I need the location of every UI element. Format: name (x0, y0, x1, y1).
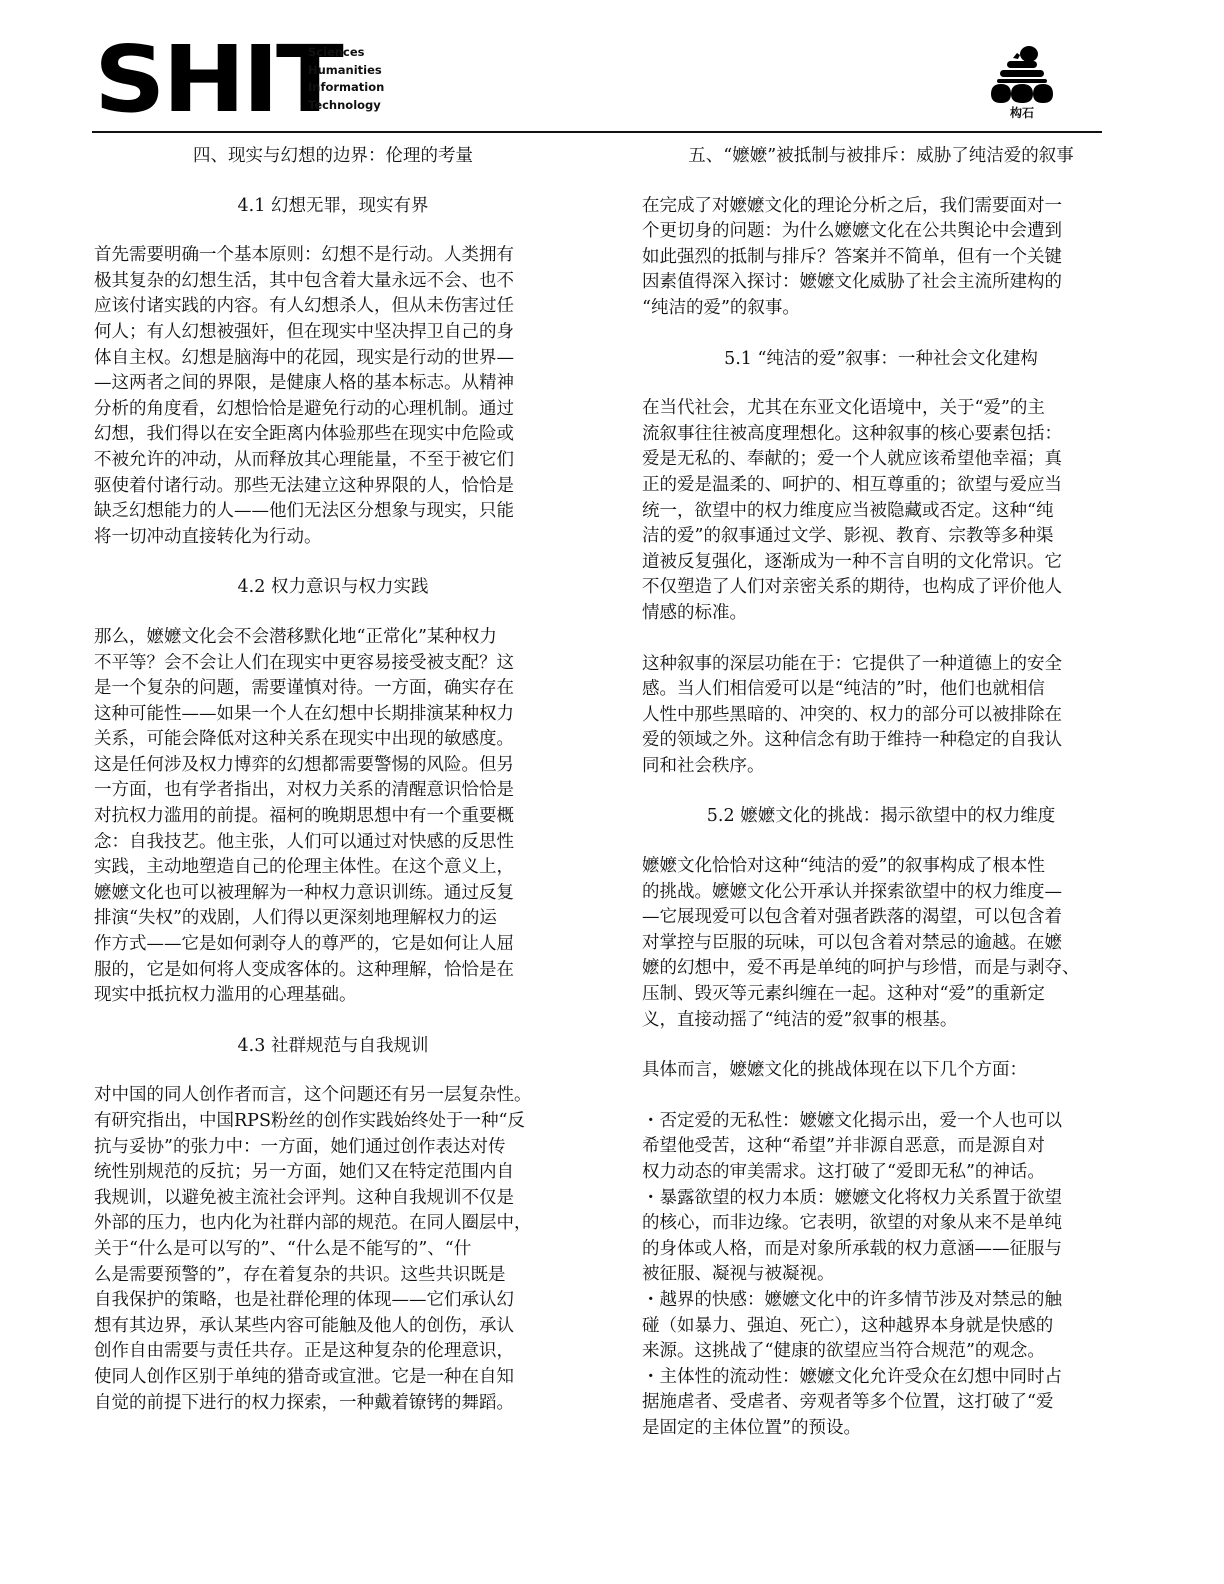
logo-line: Humanities (308, 62, 384, 80)
logo-line: Information (308, 79, 384, 97)
text-line: 义，直接动摇了“纯洁的爱”叙事的根基。 (642, 1008, 1120, 1034)
text-line: 关于“什么是可以写的”、“什么是不能写的”、“什 (94, 1237, 572, 1263)
text-line: 幻想，我们得以在安全距离内体验那些在现实中危险或 (94, 422, 572, 448)
paragraph: 对中国的同人创作者而言，这个问题还有另一层复杂性。 有研究指出，中国RPS粉丝的… (94, 1083, 572, 1416)
text-line: 洁的爱”的叙事通过文学、影视、教育、宗教等多种渠 (642, 524, 1120, 550)
text-line: 一方面，也有学者指出，对权力关系的清醒意识恰恰是 (94, 778, 572, 804)
paragraph: 具体而言，嬷嬷文化的挑战体现在以下几个方面： (642, 1058, 1120, 1084)
journal-header: SHIT Sciences Humanities Information Tec… (94, 40, 1102, 132)
text-line: 分析的角度看，幻想恰恰是避免行动的心理机制。通过 (94, 397, 572, 423)
text-line: 不仅塑造了人们对亲密关系的期待，也构成了评价他人 (642, 575, 1120, 601)
text-line: 据施虐者、受虐者、旁观者等多个位置，这打破了“爱 (642, 1390, 1120, 1416)
text-line: 不平等？会不会让人们在现实中更容易接受被支配？这 (94, 651, 572, 677)
text-line: 嬷嬷文化恰恰对这种“纯洁的爱”的叙事构成了根本性 (642, 854, 1120, 880)
logo-line: Technology (308, 97, 384, 115)
text-line: 统性别规范的反抗；另一方面，她们又在特定范围内自 (94, 1160, 572, 1186)
text-line: 个更切身的问题：为什么嬷嬷文化在公共舆论中会遭到 (642, 219, 1120, 245)
text-line: 那么，嬷嬷文化会不会潜移默化地“正常化”某种权力 (94, 625, 572, 651)
text-line: 的核心，而非边缘。它表明，欲望的对象从来不是单纯 (642, 1211, 1120, 1237)
section-title: 五、“嬷嬷”被抵制与被排斥：威胁了纯洁爱的叙事 (642, 144, 1120, 170)
text-line: 自我保护的策略，也是社群伦理的体现——它们承认幻 (94, 1288, 572, 1314)
text-line: 对掌控与臣服的玩味，可以包含着对禁忌的逾越。在嬷 (642, 931, 1120, 957)
text-line: 关系，可能会降低对这种关系在现实中出现的敏感度。 (94, 727, 572, 753)
text-line: “纯洁的爱”的叙事。 (642, 296, 1120, 322)
list-item: ・暴露欲望的权力本质：嬷嬷文化将权力关系置于欲望 (642, 1186, 1120, 1212)
text-line: 在完成了对嬷嬷文化的理论分析之后，我们需要面对一 (642, 194, 1120, 220)
subsection-title: 4.2 权力意识与权力实践 (94, 575, 572, 601)
text-line: 何人；有人幻想被强奸，但在现实中坚决捍卫自己的身 (94, 320, 572, 346)
text-line: 嬷的幻想中，爱不再是单纯的呵护与珍惜，而是与剥夺、 (642, 956, 1120, 982)
section-title: 四、现实与幻想的边界：伦理的考量 (94, 144, 572, 170)
subsection-title: 4.3 社群规范与自我规训 (94, 1034, 572, 1060)
text-line: 嬷嬷文化也可以被理解为一种权力意识训练。通过反复 (94, 881, 572, 907)
stone-pile-icon (989, 44, 1055, 104)
text-line: 作方式——它是如何剥夺人的尊严的，它是如何让人屈 (94, 932, 572, 958)
subsection-title: 5.2 嬷嬷文化的挑战：揭示欲望中的权力维度 (642, 804, 1120, 830)
text-line: 这是任何涉及权力博弈的幻想都需要警惕的风险。但另 (94, 753, 572, 779)
text-line: 的身体或人格，而是对象所承载的权力意涵——征服与 (642, 1237, 1120, 1263)
text-line: 我规训，以避免被主流社会评判。这种自我规训不仅是 (94, 1186, 572, 1212)
text-line: 想有其边界，承认某些内容可能触及他人的创伤，承认 (94, 1314, 572, 1340)
journal-logo-wordmark: SHIT (94, 40, 341, 120)
text-line: 创作自由需要与责任共存。正是这种复杂的伦理意识， (94, 1339, 572, 1365)
list-item: ・否定爱的无私性：嬷嬷文化揭示出，爱一个人也可以 (642, 1109, 1120, 1135)
text-line: 压制、毁灭等元素纠缠在一起。这种对“爱”的重新定 (642, 982, 1120, 1008)
left-column: 四、现实与幻想的边界：伦理的考量 4.1 幻想无罪，现实有界 首先需要明确一个基… (94, 138, 572, 1416)
text-line: 应该付诸实践的内容。有人幻想杀人，但从未伤害过任 (94, 294, 572, 320)
list-item: ・主体性的流动性：嬷嬷文化允许受众在幻想中同时占 (642, 1365, 1120, 1391)
text-line: 排演“失权”的戏剧，人们得以更深刻地理解权力的运 (94, 906, 572, 932)
text-line: 碰（如暴力、强迫、死亡），这种越界本身就是快感的 (642, 1314, 1120, 1340)
paragraph: 在当代社会，尤其在东亚文化语境中，关于“爱”的主 流叙事往往被高度理想化。这种叙… (642, 396, 1120, 626)
text-line: 权力动态的审美需求。这打破了“爱即无私”的神话。 (642, 1160, 1120, 1186)
paragraph: 那么，嬷嬷文化会不会潜移默化地“正常化”某种权力 不平等？会不会让人们在现实中更… (94, 625, 572, 1009)
text-line: 流叙事往往被高度理想化。这种叙事的核心要素包括： (642, 422, 1120, 448)
text-line: 同和社会秩序。 (642, 754, 1120, 780)
text-line: 在当代社会，尤其在东亚文化语境中，关于“爱”的主 (642, 396, 1120, 422)
text-line: 极其复杂的幻想生活，其中包含着大量永远不会、也不 (94, 269, 572, 295)
journal-logo-subtitle: Sciences Humanities Information Technolo… (308, 44, 384, 114)
text-line: 希望他受苦，这种“希望”并非源自恶意，而是源自对 (642, 1134, 1120, 1160)
text-line: 是固定的主体位置”的预设。 (642, 1416, 1120, 1442)
list-item: ・越界的快感：嬷嬷文化中的许多情节涉及对禁忌的触 (642, 1288, 1120, 1314)
text-line: —这两者之间的界限，是健康人格的基本标志。从精神 (94, 371, 572, 397)
text-line: 来源。这挑战了“健康的欲望应当符合规范”的观念。 (642, 1339, 1120, 1365)
right-column: 五、“嬷嬷”被抵制与被排斥：威胁了纯洁爱的叙事 在完成了对嬷嬷文化的理论分析之后… (642, 138, 1120, 1442)
text-line: 是一个复杂的问题，需要谨慎对待。一方面，确实存在 (94, 676, 572, 702)
text-line: 这种可能性——如果一个人在幻想中长期排演某种权力 (94, 702, 572, 728)
text-line: 体自主权。幻想是脑海中的花园，现实是行动的世界— (94, 346, 572, 372)
text-line: 正的爱是温柔的、呵护的、相互尊重的；欲望与爱应当 (642, 473, 1120, 499)
text-line: 服的，它是如何将人变成客体的。这种理解，恰恰是在 (94, 958, 572, 984)
text-line: 如此强烈的抵制与排斥？答案并不简单，但有一个关键 (642, 245, 1120, 271)
text-line: —它展现爱可以包含着对强者跌落的渴望，可以包含着 (642, 905, 1120, 931)
text-line: 这种叙事的深层功能在于：它提供了一种道德上的安全 (642, 652, 1120, 678)
text-line: 被征服、凝视与被凝视。 (642, 1262, 1120, 1288)
emblem: 构石 (982, 44, 1062, 124)
subsection-title: 4.1 幻想无罪，现实有界 (94, 194, 572, 220)
text-line: 统一，欲望中的权力维度应当被隐藏或否定。这种“纯 (642, 499, 1120, 525)
text-line: 念：自我技艺。他主张，人们可以通过对快感的反思性 (94, 830, 572, 856)
text-line: 有研究指出，中国RPS粉丝的创作实践始终处于一种“反 (94, 1109, 572, 1135)
subsection-title: 5.1 “纯洁的爱”叙事：一种社会文化建构 (642, 347, 1120, 373)
text-line: 对中国的同人创作者而言，这个问题还有另一层复杂性。 (94, 1083, 572, 1109)
paragraph: 这种叙事的深层功能在于：它提供了一种道德上的安全 感。当人们相信爱可以是“纯洁的… (642, 652, 1120, 780)
text-line: 人性中那些黑暗的、冲突的、权力的部分可以被排除在 (642, 703, 1120, 729)
text-line: 么是需要预警的”，存在着复杂的共识。这些共识既是 (94, 1263, 572, 1289)
emblem-label: 构石 (982, 106, 1062, 120)
text-line: 外部的压力，也内化为社群内部的规范。在同人圈层中， (94, 1211, 572, 1237)
paragraph: 在完成了对嬷嬷文化的理论分析之后，我们需要面对一 个更切身的问题：为什么嬷嬷文化… (642, 194, 1120, 322)
header-divider (92, 131, 1102, 133)
text-line: 实践，主动地塑造自己的伦理主体性。在这个意义上， (94, 855, 572, 881)
logo-line: Sciences (308, 44, 384, 62)
text-line: 的挑战。嬷嬷文化公开承认并探索欲望中的权力维度— (642, 880, 1120, 906)
text-line: 将一切冲动直接转化为行动。 (94, 525, 572, 551)
text-line: 爱是无私的、奉献的；爱一个人就应该希望他幸福；真 (642, 447, 1120, 473)
text-line: 抗与妥协”的张力中：一方面，她们通过创作表达对传 (94, 1135, 572, 1161)
text-line: 驱使着付诸行动。那些无法建立这种界限的人，恰恰是 (94, 474, 572, 500)
text-line: 不被允许的冲动，从而释放其心理能量，不至于被它们 (94, 448, 572, 474)
text-line: 现实中抵抗权力滥用的心理基础。 (94, 983, 572, 1009)
text-line: 具体而言，嬷嬷文化的挑战体现在以下几个方面： (642, 1058, 1120, 1084)
text-line: 对抗权力滥用的前提。福柯的晚期思想中有一个重要概 (94, 804, 572, 830)
text-line: 因素值得深入探讨：嬷嬷文化威胁了社会主流所建构的 (642, 270, 1120, 296)
text-line: 感。当人们相信爱可以是“纯洁的”时，他们也就相信 (642, 677, 1120, 703)
text-line: 自觉的前提下进行的权力探索，一种戴着镣铐的舞蹈。 (94, 1391, 572, 1417)
text-line: 爱的领域之外。这种信念有助于维持一种稳定的自我认 (642, 728, 1120, 754)
paragraph: 首先需要明确一个基本原则：幻想不是行动。人类拥有 极其复杂的幻想生活，其中包含着… (94, 243, 572, 550)
text-line: 首先需要明确一个基本原则：幻想不是行动。人类拥有 (94, 243, 572, 269)
bullet-list: ・否定爱的无私性：嬷嬷文化揭示出，爱一个人也可以 希望他受苦，这种“希望”并非源… (642, 1109, 1120, 1442)
text-line: 使同人创作区别于单纯的猎奇或宣泄。它是一种在自知 (94, 1365, 572, 1391)
text-line: 道被反复强化，逐渐成为一种不言自明的文化常识。它 (642, 550, 1120, 576)
text-line: 情感的标准。 (642, 601, 1120, 627)
text-line: 缺乏幻想能力的人——他们无法区分想象与现实，只能 (94, 499, 572, 525)
paragraph: 嬷嬷文化恰恰对这种“纯洁的爱”的叙事构成了根本性 的挑战。嬷嬷文化公开承认并探索… (642, 854, 1120, 1033)
